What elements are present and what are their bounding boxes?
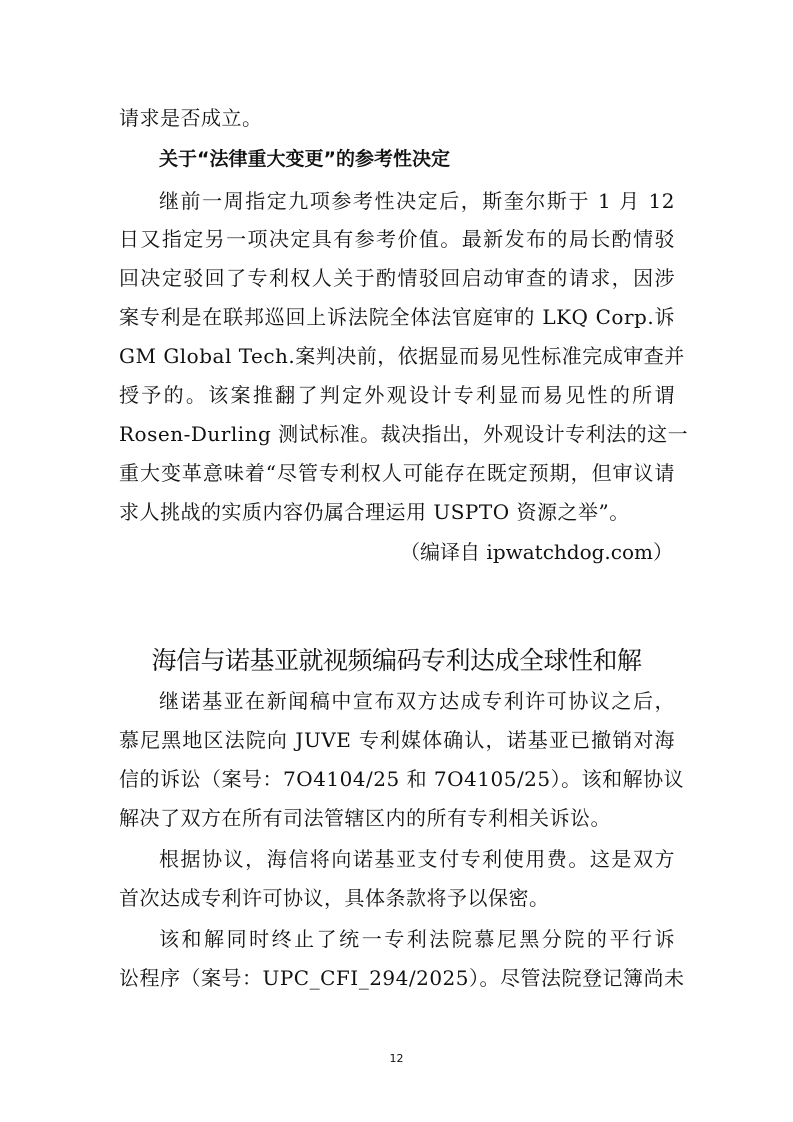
page-number: 12: [0, 1052, 793, 1065]
text-line: 慕尼黑地区法院向 JUVE 专利媒体确认，诺基亚已撤销对海: [119, 728, 675, 752]
article-title: 海信与诺基亚就视频编码专利达成全球性和解: [0, 646, 793, 676]
text-line: 案专利是在联邦巡回上诉法院全体法官庭审的 LKQ Corp.诉: [119, 305, 675, 329]
text-line: 重大变革意味着“尽管专利权人可能存在既定预期，但审议请: [119, 461, 675, 485]
paragraph-continuation: 请求是否成立。: [119, 106, 675, 130]
text-line: 解决了双方在所有司法管辖区内的所有专利相关诉讼。: [119, 806, 675, 830]
text-line: 该和解同时终止了统一专利法院慕尼黑分院的平行诉: [159, 927, 675, 951]
text-line: 首次达成专利许可协议，具体条款将予以保密。: [119, 886, 675, 910]
text-line: 日又指定另一项决定具有参考价值。最新发布的局长酌情驳: [119, 227, 675, 251]
section-subheading: 关于“法律重大变更”的参考性决定: [159, 147, 450, 171]
text-line: 信的诉讼（案号：7O4104/25 和 7O4105/25）。该和解协议: [119, 767, 675, 791]
text-line: 讼程序（案号：UPC_CFI_294/2025）。尽管法院登记簿尚未: [119, 966, 675, 990]
text-line: 授予的。该案推翻了判定外观设计专利显而易见性的所谓: [119, 383, 675, 407]
text-line: 继诺基亚在新闻稿中宣布双方达成专利许可协议之后，: [159, 689, 675, 713]
text-line: 求人挑战的实质内容仍属合理运用 USPTO 资源之举”。: [119, 500, 675, 524]
text-line: 继前一周指定九项参考性决定后，斯奎尔斯于 1 月 12: [159, 189, 675, 213]
text-line: Rosen-Durling 测试标准。裁决指出，外观设计专利法的这一: [119, 422, 675, 446]
text-line: 回决定驳回了专利权人关于酌情驳回启动审查的请求，因涉: [119, 266, 675, 290]
text-line: GM Global Tech.案判决前，依据显而易见性标准完成审查并: [119, 344, 675, 368]
text-line: 根据协议，海信将向诺基亚支付专利使用费。这是双方: [159, 847, 675, 871]
source-attribution: （编译自 ipwatchdog.com）: [400, 540, 673, 564]
document-page: 请求是否成立。 关于“法律重大变更”的参考性决定 继前一周指定九项参考性决定后，…: [0, 0, 793, 1122]
